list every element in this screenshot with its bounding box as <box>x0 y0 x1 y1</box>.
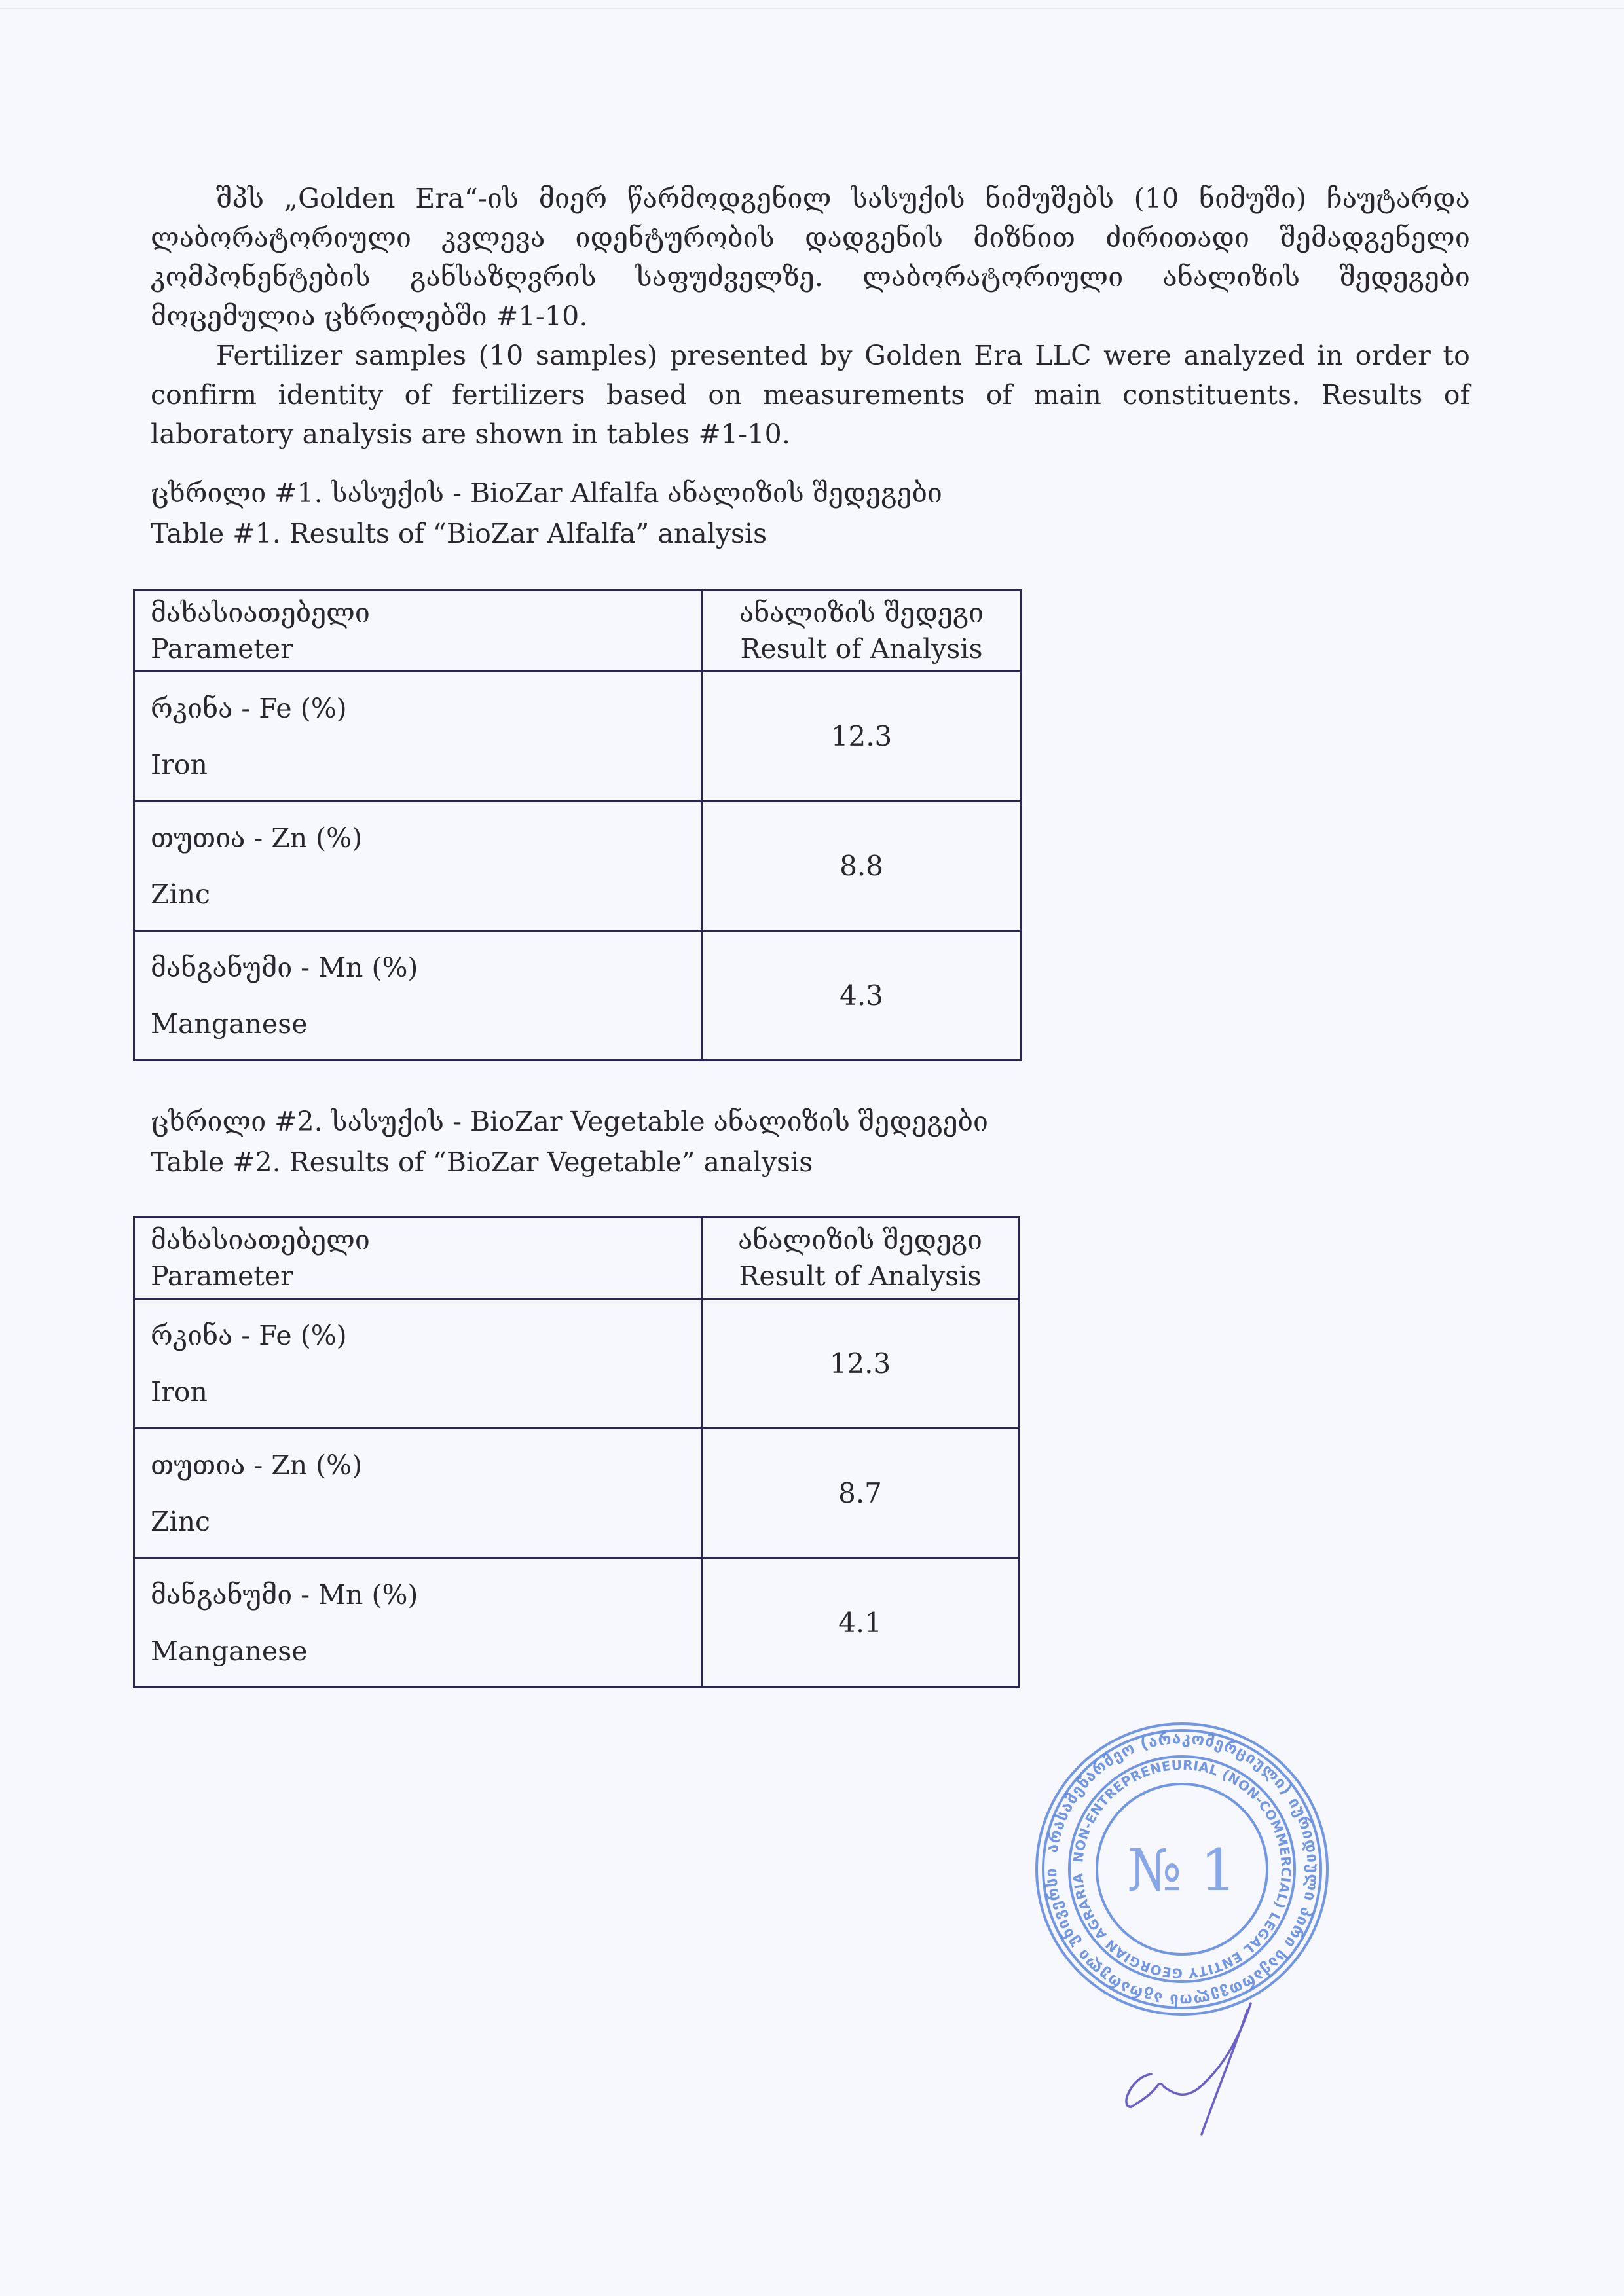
parameter-cell: თუთია - Zn (%) Zinc <box>134 801 702 931</box>
result-value: 12.3 <box>831 720 893 752</box>
result-cell: 4.3 <box>702 931 1022 1061</box>
header-result: ანალიზის შედეგი Result of Analysis <box>702 1218 1019 1299</box>
result-cell: 8.7 <box>702 1429 1019 1558</box>
parameter-georgian: რკინა - Fe (%) <box>151 690 701 727</box>
signature-icon <box>1113 1990 1270 2147</box>
table-header-row: მახასიათებელი Parameter ანალიზის შედეგი … <box>134 591 1022 672</box>
header-parameter-georgian: მახასიათებელი <box>151 595 701 631</box>
result-cell: 12.3 <box>702 672 1022 801</box>
parameter-georgian: თუთია - Zn (%) <box>151 1447 701 1484</box>
intro-paragraph-english: Fertilizer samples (10 samples) presente… <box>151 336 1470 454</box>
table-row: მანგანუმი - Mn (%) Manganese 4.1 <box>134 1558 1019 1688</box>
parameter-english: Zinc <box>151 1503 701 1540</box>
table-header-row: მახასიათებელი Parameter ანალიზის შედეგი … <box>134 1218 1019 1299</box>
table1-caption-english: Table #1. Results of “BioZar Alfalfa” an… <box>151 513 942 554</box>
intro-paragraph-georgian: შპს „Golden Era“-ის მიერ წარმოდგენილ სას… <box>151 179 1470 336</box>
parameter-cell: რკინა - Fe (%) Iron <box>134 672 702 801</box>
parameter-cell: მანგანუმი - Mn (%) Manganese <box>134 1558 702 1688</box>
parameter-georgian: რკინა - Fe (%) <box>151 1317 701 1354</box>
result-value: 12.3 <box>830 1347 891 1379</box>
result-cell: 4.1 <box>702 1558 1019 1688</box>
table-row: რკინა - Fe (%) Iron 12.3 <box>134 1299 1019 1429</box>
parameter-georgian: მანგანუმი - Mn (%) <box>151 949 701 986</box>
header-parameter-georgian: მახასიათებელი <box>151 1222 701 1258</box>
parameter-cell: მანგანუმი - Mn (%) Manganese <box>134 931 702 1061</box>
parameter-cell: რკინა - Fe (%) Iron <box>134 1299 702 1429</box>
parameter-english: Manganese <box>151 1006 701 1042</box>
table1-caption: ცხრილი #1. სასუქის - BioZar Alfalfa ანალ… <box>151 473 942 554</box>
result-cell: 8.8 <box>702 801 1022 931</box>
parameter-cell: თუთია - Zn (%) Zinc <box>134 1429 702 1558</box>
parameter-english: Zinc <box>151 876 701 913</box>
table-row: თუთია - Zn (%) Zinc 8.8 <box>134 801 1022 931</box>
result-value: 4.3 <box>840 979 883 1011</box>
parameter-georgian: თუთია - Zn (%) <box>151 820 701 856</box>
header-result-georgian: ანალიზის შედეგი <box>703 1222 1018 1258</box>
table2-caption-english: Table #2. Results of “BioZar Vegetable” … <box>151 1142 988 1182</box>
table-row: მანგანუმი - Mn (%) Manganese 4.3 <box>134 931 1022 1061</box>
parameter-english: Iron <box>151 1374 701 1410</box>
parameter-english: Manganese <box>151 1633 701 1669</box>
table1-caption-georgian: ცხრილი #1. სასუქის - BioZar Alfalfa ანალ… <box>151 473 942 513</box>
result-value: 8.8 <box>840 850 883 882</box>
header-parameter: მახასიათებელი Parameter <box>134 591 702 672</box>
result-value: 8.7 <box>838 1477 882 1509</box>
header-result-georgian: ანალიზის შედეგი <box>703 595 1020 631</box>
stamp-number: № 1 <box>1127 1836 1236 1904</box>
table2-caption-georgian: ცხრილი #2. სასუქის - BioZar Vegetable ან… <box>151 1101 988 1142</box>
table-row: თუთია - Zn (%) Zinc 8.7 <box>134 1429 1019 1558</box>
parameter-georgian: მანგანუმი - Mn (%) <box>151 1576 701 1613</box>
table-row: რკინა - Fe (%) Iron 12.3 <box>134 672 1022 801</box>
header-parameter-english: Parameter <box>151 1258 701 1294</box>
result-cell: 12.3 <box>702 1299 1019 1429</box>
results-table-1: მახასიათებელი Parameter ანალიზის შედეგი … <box>133 589 1022 1061</box>
header-parameter-english: Parameter <box>151 631 701 667</box>
parameter-english: Iron <box>151 746 701 783</box>
result-value: 4.1 <box>838 1607 882 1639</box>
header-parameter: მახასიათებელი Parameter <box>134 1218 702 1299</box>
header-result: ანალიზის შედეგი Result of Analysis <box>702 591 1022 672</box>
header-result-english: Result of Analysis <box>703 1258 1018 1294</box>
scan-edge-line <box>0 8 1624 9</box>
university-stamp-icon: არასამეწარმეო (არაკომერციული) იურიდიული … <box>1031 1719 1333 2020</box>
results-table-2: მახასიათებელი Parameter ანალიზის შედეგი … <box>133 1216 1020 1688</box>
header-result-english: Result of Analysis <box>703 631 1020 667</box>
table2-caption: ცხრილი #2. სასუქის - BioZar Vegetable ან… <box>151 1101 988 1182</box>
